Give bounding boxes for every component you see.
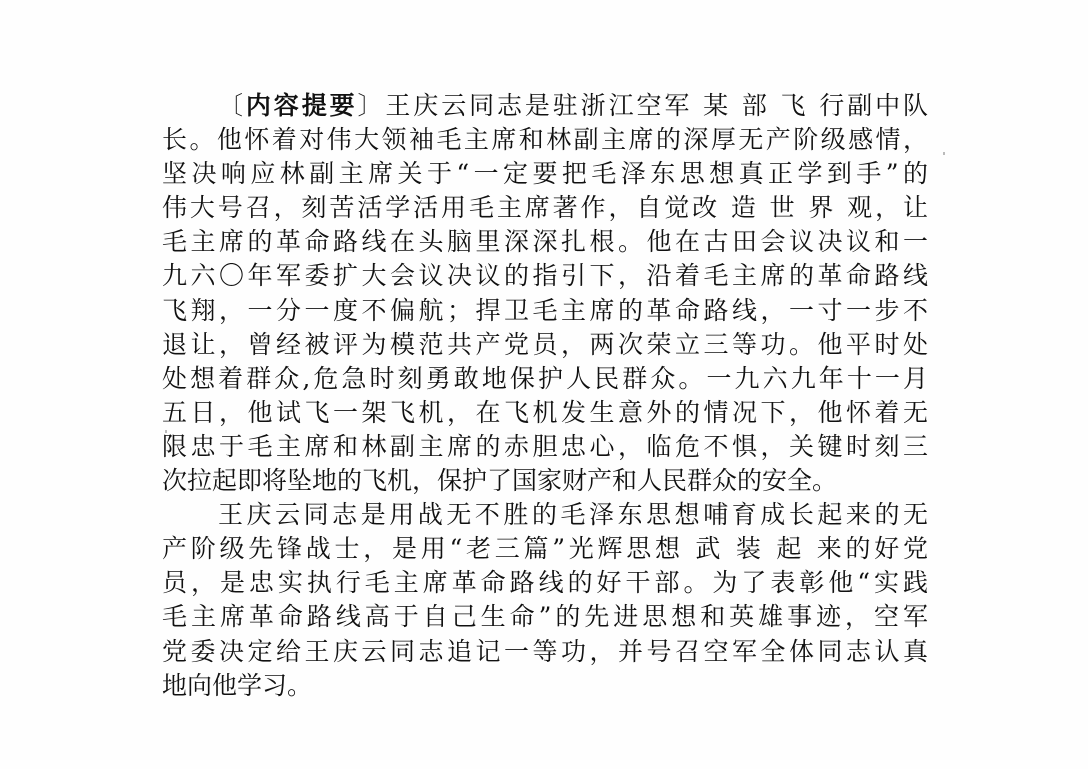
text-line: 伟大号召，刻苦活学活用毛主席著作，自觉改 造 世 界 观，让 bbox=[162, 191, 928, 225]
text-line: 〔内容提要〕王庆云同志是驻浙江空军 某 部 飞 行副中队 bbox=[162, 89, 928, 123]
paragraph-body: 王庆云同志是用战无不胜的毛泽东思想哺育成长起来的无 产阶级先锋战士，是用“老三篇… bbox=[162, 498, 928, 703]
text-line: 员，是忠实执行毛主席革命路线的好干部。为了表彰他“实践 bbox=[162, 566, 928, 600]
text-line: 限忠于毛主席和林副主席的赤胆忠心，临危不惧，关键时刻三 bbox=[162, 430, 928, 464]
scan-speck bbox=[165, 430, 167, 433]
text-line: 毛主席的革命路线在头脑里深深扎根。他在古田会议决议和一 bbox=[162, 225, 928, 259]
text-line: 毛主席革命路线高于自己生命”的先进思想和英雄事迹，空军 bbox=[162, 600, 928, 634]
text-line: 地向他学习。 bbox=[162, 669, 928, 703]
text-line: 处想着群众,危急时刻勇敢地保护人民群众。一九六九年十一月 bbox=[162, 362, 928, 396]
text-line: 王庆云同志是用战无不胜的毛泽东思想哺育成长起来的无 bbox=[162, 498, 928, 532]
scanned-page: 〔内容提要〕王庆云同志是驻浙江空军 某 部 飞 行副中队 长。他怀着对伟大领袖毛… bbox=[0, 0, 1088, 769]
line-text: 王庆云同志是驻浙江空军 某 部 飞 行副中队 bbox=[385, 91, 928, 120]
text-line: 坚决响应林副主席关于“一定要把毛泽东思想真正学到手”的 bbox=[162, 157, 928, 191]
paragraph-summary: 〔内容提要〕王庆云同志是驻浙江空军 某 部 飞 行副中队 长。他怀着对伟大领袖毛… bbox=[162, 89, 928, 498]
text-line: 九六〇年军委扩大会议决议的指引下，沿着毛主席的革命路线 bbox=[162, 259, 928, 293]
text-line: 产阶级先锋战士，是用“老三篇”光辉思想 武 装 起 来的好党 bbox=[162, 532, 928, 566]
summary-label: 内容提要 bbox=[246, 91, 358, 120]
text-line: 飞翔，一分一度不偏航；捍卫毛主席的革命路线，一寸一步不 bbox=[162, 294, 928, 328]
bracket-open: 〔 bbox=[218, 91, 246, 120]
text-line: 党委决定给王庆云同志追记一等功，并号召空军全体同志认真 bbox=[162, 635, 928, 669]
text-line: 退让，曾经被评为模范共产党员，两次荣立三等功。他平时处 bbox=[162, 328, 928, 362]
text-line: 次拉起即将坠地的飞机，保护了国家财产和人民群众的安全。 bbox=[162, 464, 928, 498]
summary-text-block: 〔内容提要〕王庆云同志是驻浙江空军 某 部 飞 行副中队 长。他怀着对伟大领袖毛… bbox=[162, 89, 928, 703]
scan-speck bbox=[943, 152, 945, 155]
text-line: 五日，他试飞一架飞机，在飞机发生意外的情况下，他怀着无 bbox=[162, 396, 928, 430]
text-line: 长。他怀着对伟大领袖毛主席和林副主席的深厚无产阶级感情， bbox=[162, 123, 928, 157]
bracket-close: 〕 bbox=[358, 91, 386, 120]
